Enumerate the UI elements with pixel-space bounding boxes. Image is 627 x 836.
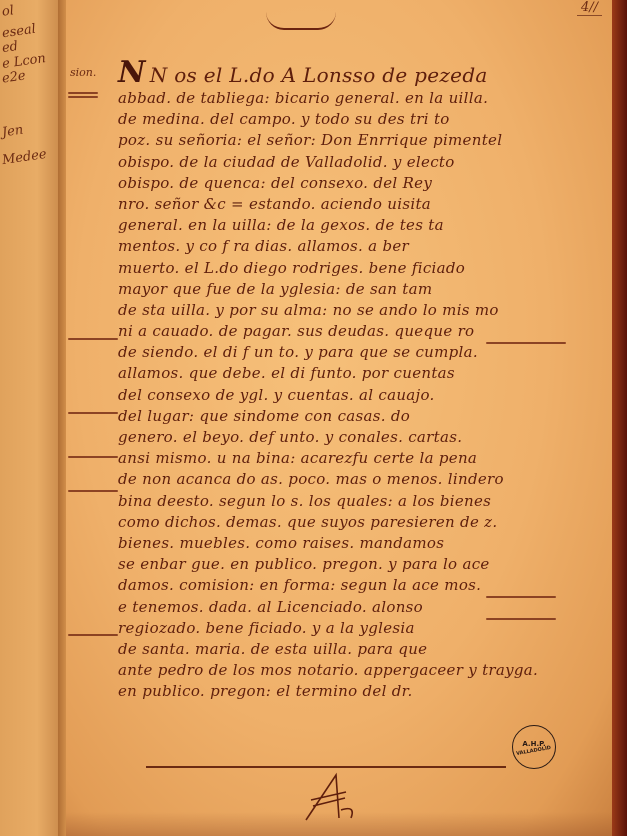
folio-number: 4// (577, 0, 602, 16)
text-line: de non acanca do as. poco. mas o menos. … (118, 469, 558, 490)
text-line: abbad. de tabliega: bicario general. en … (118, 88, 558, 109)
text-line: mentos. y co f ra dias. allamos. a ber (118, 236, 558, 257)
left-page-fragment: ol (1, 3, 15, 20)
margin-rule (68, 92, 98, 94)
header-cross-mark (266, 12, 336, 30)
text-line: de santa. maria. de esta uilla. para que (118, 639, 558, 660)
left-page-fragment: Jen (1, 123, 24, 141)
margin-rule (68, 456, 118, 458)
text-line: general. en la uilla: de la gexos. de te… (118, 215, 558, 236)
text-line: en publico. pregon: el termino del dr. (118, 681, 558, 702)
text-line: N os el L.do A Lonsso de pezeda (150, 63, 488, 87)
left-page-fragment: ed (1, 39, 19, 56)
manuscript-text: NN os el L.do A Lonsso de pezeda abbad. … (118, 58, 558, 702)
page-bottom-edge (66, 812, 614, 836)
text-line: mayor que fue de la yglesia: de san tam (118, 279, 558, 300)
text-line-1: NN os el L.do A Lonsso de pezeda (118, 58, 558, 88)
archive-stamp: A.H.P. VALLADOLID (512, 725, 556, 769)
left-page-fragment: eseal (1, 22, 37, 42)
text-line: obispo. de la ciudad de Valladolid. y el… (118, 152, 558, 173)
facing-page: ol eseal ed e Lcon e2e Jen Medee (0, 0, 62, 836)
text-line: genero. el beyo. def unto. y conales. ca… (118, 427, 558, 448)
left-page-fragment: e2e (1, 68, 27, 86)
text-line: damos. comision: en forma: segun la ace … (118, 575, 558, 596)
text-line: ansi mismo. u na bina: acarezfu certe la… (118, 448, 558, 469)
illuminated-initial: N (118, 55, 146, 90)
text-line: del consexo de ygl. y cuentas. al cauajo… (118, 385, 558, 406)
text-line: regiozado. bene ficiado. y a la yglesia (118, 618, 558, 639)
margin-note: sion. (70, 66, 96, 79)
text-line: bina deesto. segun lo s. los quales: a l… (118, 491, 558, 512)
margin-rule (68, 96, 98, 98)
text-line: se enbar gue. en publico. pregon. y para… (118, 554, 558, 575)
text-line: nro. señor &c = estando. aciendo uisita (118, 194, 558, 215)
margin-rule (68, 634, 118, 636)
text-line: ante pedro de los mos notario. appergace… (118, 660, 558, 681)
text-line: de medina. del campo. y todo su des tri … (118, 109, 558, 130)
manuscript-page: 4// sion. NN os el L.do A Lonsso de peze… (66, 0, 614, 836)
text-line: muerto. el L.do diego rodriges. bene fic… (118, 258, 558, 279)
closing-rule (146, 766, 506, 768)
left-page-fragment: Medee (1, 147, 47, 168)
margin-rule (68, 412, 118, 414)
margin-rule (68, 338, 118, 340)
text-line: poz. su señoria: el señor: Don Enrrique … (118, 130, 558, 151)
text-line: de siendo. el di f un to. y para que se … (118, 342, 558, 363)
text-line: allamos. que debe. el di funto. por cuen… (118, 363, 558, 384)
margin-rule (68, 490, 118, 492)
text-line: del lugar: que sindome con casas. do (118, 406, 558, 427)
text-line: e tenemos. dada. al Licenciado. alonso (118, 597, 558, 618)
text-line: obispo. de quenca: del consexo. del Rey (118, 173, 558, 194)
text-line: bienes. muebles. como raises. mandamos (118, 533, 558, 554)
text-line: como dichos. demas. que suyos paresieren… (118, 512, 558, 533)
text-line: ni a cauado. de pagar. sus deudas. quequ… (118, 321, 558, 342)
text-line: de sta uilla. y por su alma: no se ando … (118, 300, 558, 321)
book-binding-edge (612, 0, 627, 836)
